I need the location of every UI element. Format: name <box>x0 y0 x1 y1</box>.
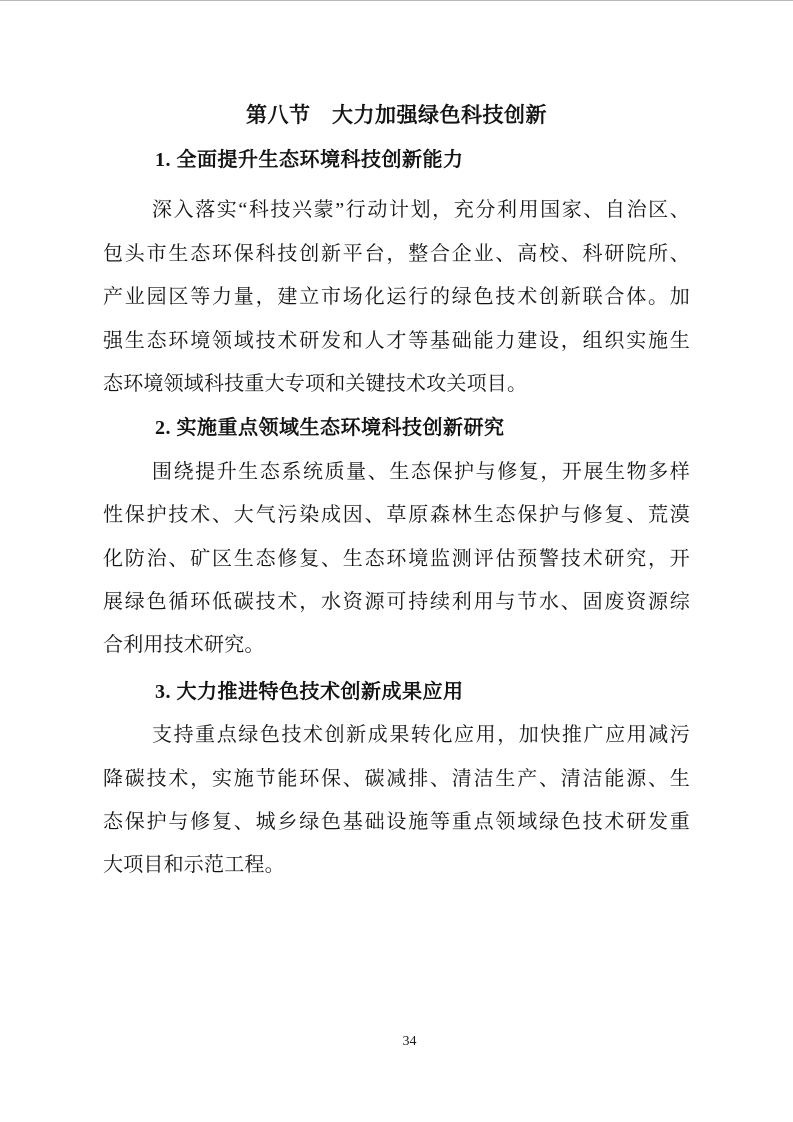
paragraph-3: 支持重点绿色技术创新成果转化应用，加快推广应用减污 降碳技术，实施节能环保、碳减… <box>103 714 690 888</box>
document-content: 第八节 大力加强绿色科技创新 1. 全面提升生态环境科技创新能力 深入落实“科技… <box>103 1 690 888</box>
text-line: 态环境领域科技重大专项和关键技术攻关项目。 <box>103 363 690 406</box>
text-line: 性保护技术、大气污染成因、草原森林生态保护与修复、荒漠 <box>103 494 690 537</box>
text-line: 围绕提升生态系统质量、生态保护与修复，开展生物多样 <box>103 451 690 494</box>
subsection-heading-3: 3. 大力推进特色技术创新成果应用 <box>103 671 690 714</box>
text-line: 化防治、矿区生态修复、生态环境监测评估预警技术研究，开 <box>103 538 690 581</box>
page-number: 34 <box>0 1032 793 1052</box>
text-line: 支持重点绿色技术创新成果转化应用，加快推广应用减污 <box>103 714 690 757</box>
paragraph-2: 围绕提升生态系统质量、生态保护与修复，开展生物多样 性保护技术、大气污染成因、草… <box>103 451 690 668</box>
text-line: 降碳技术，实施节能环保、碳减排、清洁生产、清洁能源、生 <box>103 758 690 801</box>
section-title: 第八节 大力加强绿色科技创新 <box>103 101 690 129</box>
document-page: 第八节 大力加强绿色科技创新 1. 全面提升生态环境科技创新能力 深入落实“科技… <box>0 0 793 1122</box>
subsection-heading-1: 1. 全面提升生态环境科技创新能力 <box>103 139 690 182</box>
subsection-heading-2: 2. 实施重点领域生态环境科技创新研究 <box>103 407 690 450</box>
text-line: 深入落实“科技兴蒙”行动计划，充分利用国家、自治区、 <box>103 189 690 232</box>
text-line: 合利用技术研究。 <box>103 624 690 667</box>
text-line: 产业园区等力量，建立市场化运行的绿色技术创新联合体。加 <box>103 276 690 319</box>
text-line: 大项目和示范工程。 <box>103 844 690 887</box>
text-line: 强生态环境领域技术研发和人才等基础能力建设，组织实施生 <box>103 320 690 363</box>
text-line: 态保护与修复、城乡绿色基础设施等重点领域绿色技术研发重 <box>103 801 690 844</box>
text-line: 包头市生态环保科技创新平台，整合企业、高校、科研院所、 <box>103 233 690 276</box>
text-line: 展绿色循环低碳技术，水资源可持续利用与节水、固废资源综 <box>103 581 690 624</box>
paragraph-1: 深入落实“科技兴蒙”行动计划，充分利用国家、自治区、 包头市生态环保科技创新平台… <box>103 189 690 406</box>
